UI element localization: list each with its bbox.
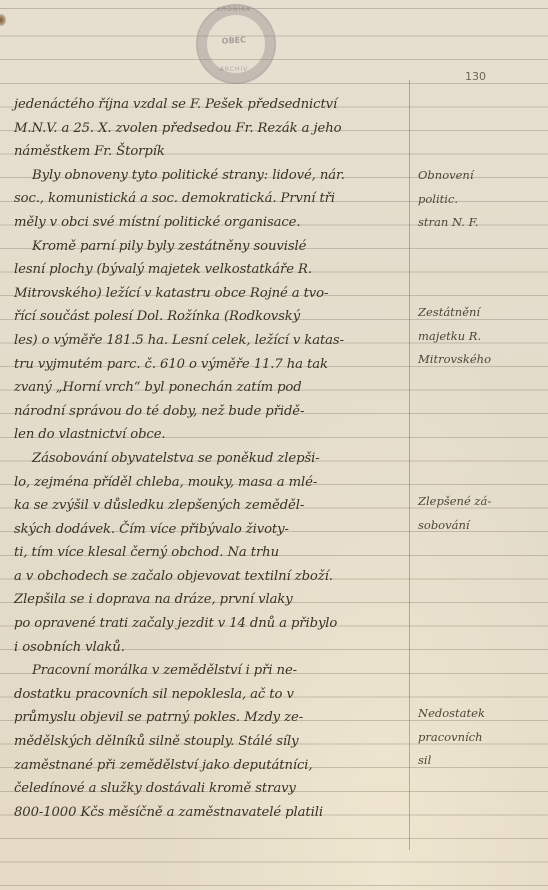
text-line: soc., komunistická a soc. demokratická. … [14, 187, 414, 211]
text-line: národní správou do té doby, než bude při… [14, 400, 414, 424]
text-line: ských dodávek. Čím více přibývalo životy… [14, 518, 414, 542]
text-line: dostatku pracovních sil nepoklesla, ač t… [14, 683, 414, 707]
text-line: lesní plochy (bývalý majetek velkostatká… [14, 258, 414, 282]
text-line: ka se zvýšil v důsledku zlepšených zeměd… [14, 494, 414, 518]
text-line: Pracovní morálka v zemědělství i při ne- [14, 659, 414, 683]
text-line: zaměstnané při zemědělství jako deputátn… [14, 754, 414, 778]
margin-note-line: pracovních [418, 726, 543, 750]
chronicle-page: KRONIKA OBEC ARCHIV 130 jedenáctého říjn… [0, 0, 548, 890]
stamp-center-label: OBEC [221, 35, 246, 46]
text-line: len do vlastnictví obce. [14, 423, 414, 447]
stamp-ring-bottom-text: ARCHIV [196, 66, 272, 73]
margin-note-line: stran N. F. [418, 211, 543, 235]
stamp-center-text: OBEC [213, 23, 256, 64]
text-line: měly v obci své místní politické organis… [14, 211, 414, 235]
handwritten-body-text: jedenáctého října vzdal se F. Pešek před… [14, 93, 414, 824]
margin-note-line: Nedostatek [418, 702, 543, 726]
margin-note-zestatneni-majetku: Zestátněnímajetku R.Mitrovského [418, 301, 543, 372]
text-line: Mitrovského) ležící v katastru obce Rojn… [14, 282, 414, 306]
page-number: 130 [465, 70, 486, 83]
text-line: Kromě parní pily byly zestátněny souvisl… [14, 235, 414, 259]
margin-note-obnoveni-politickych-stran: Obnovenípolitic.stran N. F. [418, 164, 543, 235]
margin-note-line: Zestátnění [418, 301, 543, 325]
text-line: řící součást polesí Dol. Rožínka (Rodkov… [14, 305, 414, 329]
margin-note-line: sobování [418, 514, 543, 538]
text-line: průmyslu objevil se patrný pokles. Mzdy … [14, 706, 414, 730]
text-line: Zásobování obyvatelstva se poněkud zlepš… [14, 447, 414, 471]
text-line: 800-1000 Kčs měsíčně a zaměstnavatelé pl… [14, 801, 414, 825]
text-line: zvaný „Horní vrch“ byl ponechán zatím po… [14, 376, 414, 400]
stamp-ring-top-text: KRONIKA [196, 6, 272, 13]
margin-note-nedostatek-pracovnich-sil: Nedostatekpracovníchsil [418, 702, 543, 773]
text-line: M.N.V. a 25. X. zvolen předsedou Fr. Rez… [14, 117, 414, 141]
margin-note-line: Obnovení [418, 164, 543, 188]
margin-note-line: Zlepšené zá- [418, 490, 543, 514]
margin-note-line: majetku R. [418, 325, 543, 349]
text-line: Zlepšila se i doprava na dráze, první vl… [14, 588, 414, 612]
text-line: lo, zejména příděl chleba, mouky, masa a… [14, 471, 414, 495]
margin-note-line: Mitrovského [418, 348, 543, 372]
text-line: les) o výměře 181.5 ha. Lesní celek, lež… [14, 329, 414, 353]
text-line: a v obchodech se začalo objevovat textil… [14, 565, 414, 589]
text-line: mědělských dělníků silně stouply. Stálé … [14, 730, 414, 754]
text-line: po opravené trati začaly jezdit v 14 dnů… [14, 612, 414, 636]
text-line: i osobních vlaků. [14, 636, 414, 660]
margin-note-line: politic. [418, 188, 543, 212]
margin-note-line: sil [418, 749, 543, 773]
text-line: tru vyjmutém parc. č. 610 o výměře 11.7 … [14, 353, 414, 377]
text-line: ti, tím více klesal černý obchod. Na trh… [14, 541, 414, 565]
text-line: Byly obnoveny tyto politické strany: lid… [14, 164, 414, 188]
top-rule-line [0, 8, 548, 9]
margin-note-zlepseni-zasobovani: Zlepšené zá-sobování [418, 490, 543, 537]
text-line: čeledínové a služky dostávali kromě stra… [14, 777, 414, 801]
text-line: náměstkem Fr. Štorpík [14, 140, 414, 164]
text-line: jedenáctého října vzdal se F. Pešek před… [14, 93, 414, 117]
